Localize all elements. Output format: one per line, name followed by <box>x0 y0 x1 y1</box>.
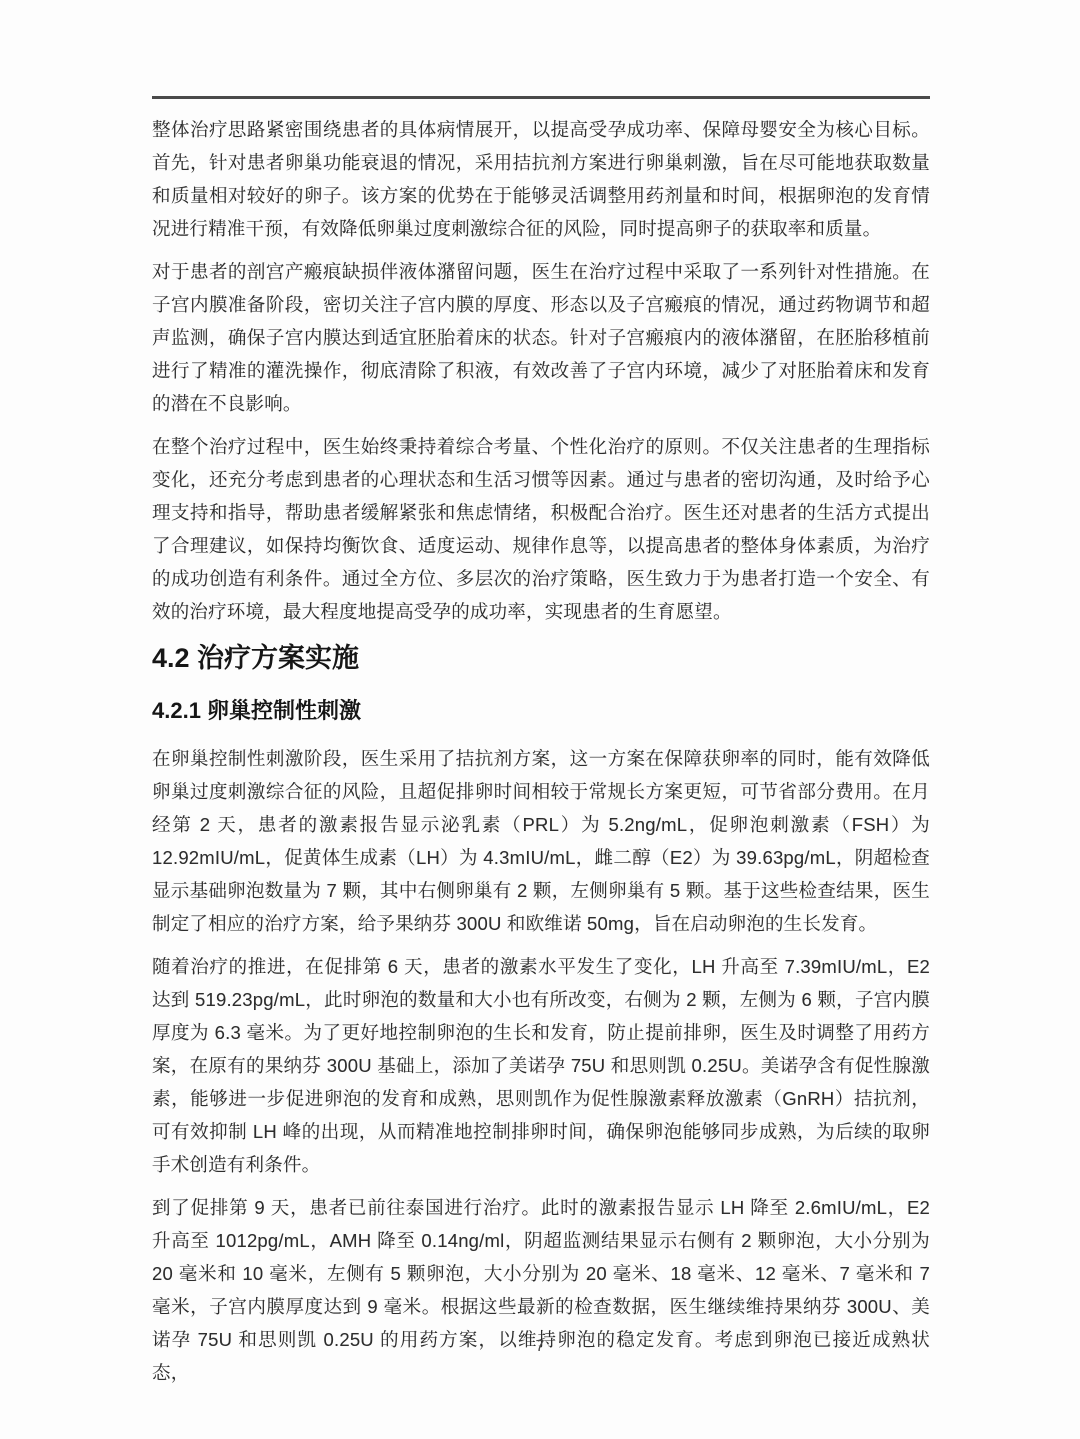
header-rule <box>152 96 930 99</box>
page-number: 7 <box>0 1338 1080 1356</box>
paragraph-stimulation-day6: 随着治疗的推进，在促排第 6 天，患者的激素水平发生了变化，LH 升高至 7.3… <box>152 950 930 1181</box>
paragraph-holistic-care: 在整个治疗过程中，医生始终秉持着综合考量、个性化治疗的原则。不仅关注患者的生理指… <box>152 430 930 628</box>
paragraph-scar-defect-measures: 对于患者的剖宫产瘢痕缺损伴液体潴留问题，医生在治疗过程中采取了一系列针对性措施。… <box>152 255 930 420</box>
section-heading-treatment-implementation: 4.2 治疗方案实施 <box>152 642 930 674</box>
subsection-heading-ovarian-stimulation: 4.2.1 卵巢控制性刺激 <box>152 698 930 724</box>
document-page: 整体治疗思路紧密围绕患者的具体病情展开，以提高受孕成功率、保障母婴安全为核心目标… <box>0 0 1080 1439</box>
document-content: 整体治疗思路紧密围绕患者的具体病情展开，以提高受孕成功率、保障母婴安全为核心目标… <box>152 96 930 1399</box>
paragraph-stimulation-day9: 到了促排第 9 天，患者已前往泰国进行治疗。此时的激素报告显示 LH 降至 2.… <box>152 1191 930 1389</box>
paragraph-overall-approach: 整体治疗思路紧密围绕患者的具体病情展开，以提高受孕成功率、保障母婴安全为核心目标… <box>152 113 930 245</box>
paragraph-stimulation-day2: 在卵巢控制性刺激阶段，医生采用了拮抗剂方案，这一方案在保障获卵率的同时，能有效降… <box>152 742 930 940</box>
